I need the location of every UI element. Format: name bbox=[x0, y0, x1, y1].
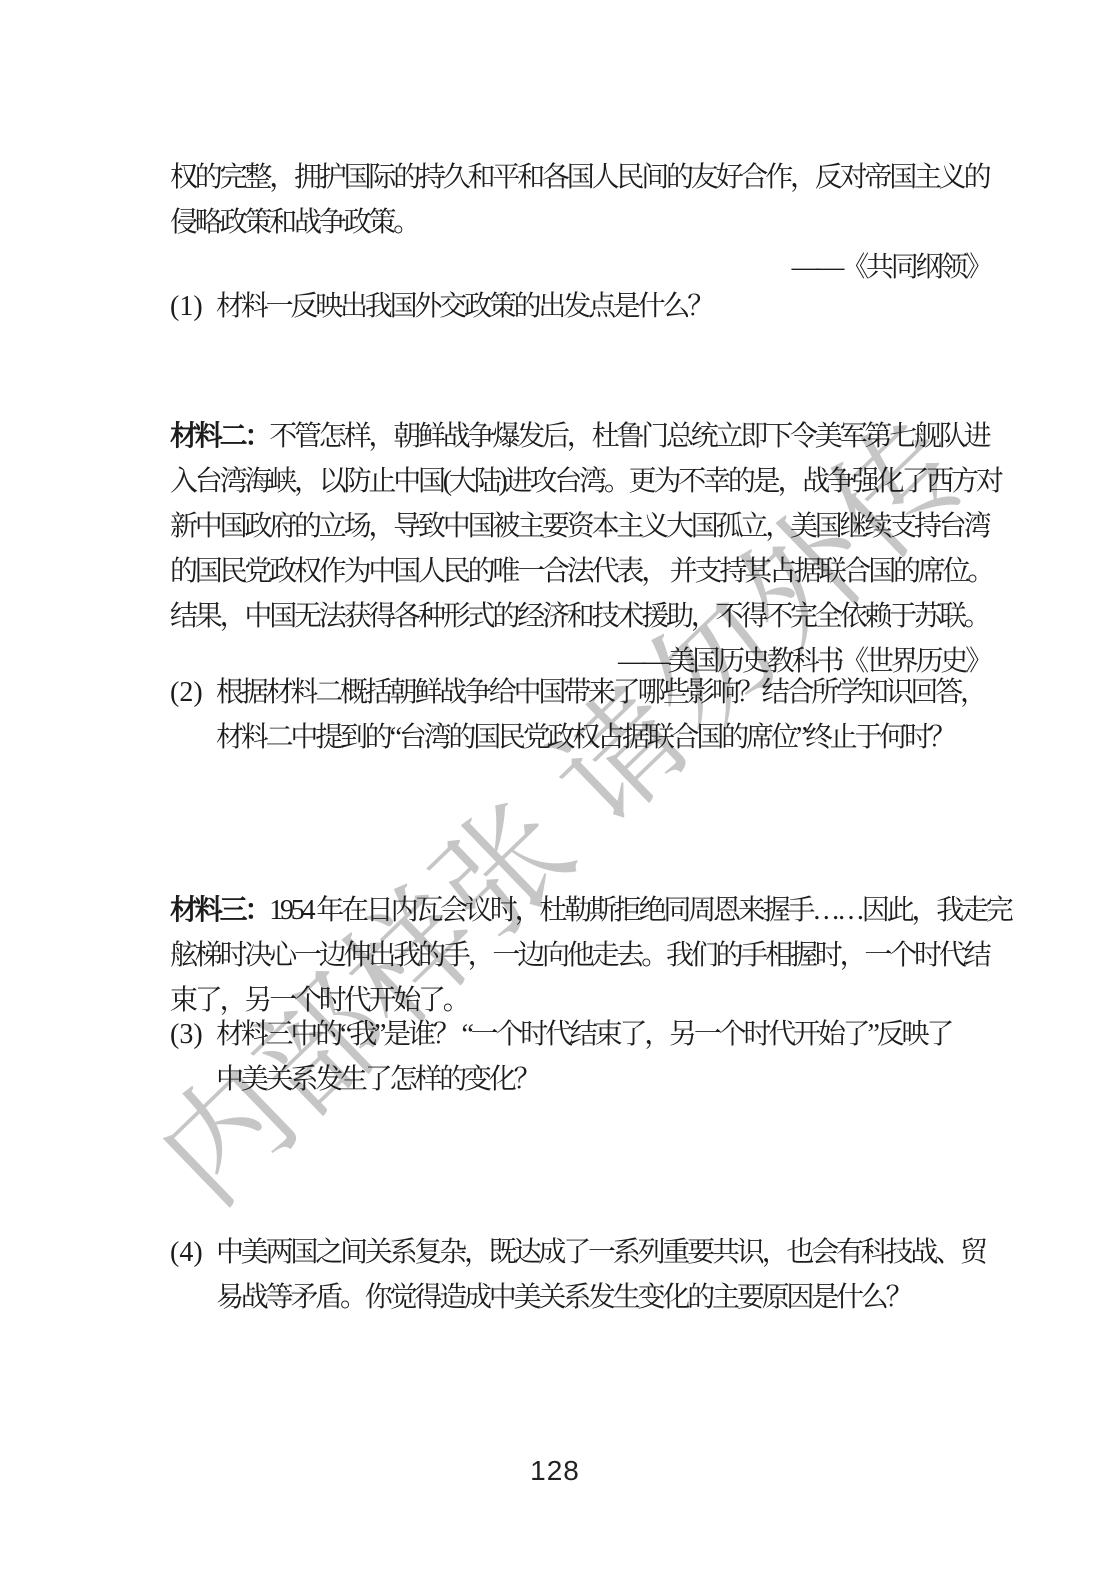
page-number: 128 bbox=[0, 1455, 1110, 1487]
material-2-line: 结果，中国无法获得各种形式的经济和技术援助，不得不完全依赖于苏联。 bbox=[170, 594, 990, 639]
question-2: (2)根据材料二概括朝鲜战争给中国带来了哪些影响？结合所学知识回答， 材料二中提… bbox=[170, 670, 990, 760]
question-3-text: 材料三中的“我”是谁？ “一个时代结束了，另一个时代开始了”反映了 bbox=[216, 1019, 951, 1050]
material-2-label: 材料二： bbox=[170, 420, 269, 451]
workbook-page: 内部样张 请勿外传 权的完整，拥护国际的持久和平和各国人民间的友好合作，反对帝国… bbox=[0, 0, 1110, 1571]
question-3: (3)材料三中的“我”是谁？ “一个时代结束了，另一个时代开始了”反映了 中美关… bbox=[170, 1012, 990, 1102]
question-1: (1)材料一反映出我国外交政策的出发点是什么？ bbox=[170, 284, 990, 329]
material-2-line: 新中国政府的立场，导致中国被主要资本主义大国孤立，美国继续支持台湾 bbox=[170, 504, 990, 549]
material-2-paragraph: 材料二：不管怎样，朝鲜战争爆发后，杜鲁门总统立即下令美军第七舰队进 入台湾海峡，… bbox=[170, 413, 990, 684]
material-1-line: 权的完整，拥护国际的持久和平和各国人民间的友好合作，反对帝国主义的 bbox=[170, 155, 990, 200]
question-4-text: 易战等矛盾。你觉得造成中美关系发生变化的主要原因是什么？ bbox=[170, 1275, 990, 1320]
material-1-paragraph: 权的完整，拥护国际的持久和平和各国人民间的友好合作，反对帝国主义的 侵略政策和战… bbox=[170, 155, 990, 290]
question-4-text: 中美两国之间关系复杂，既达成了一系列重要共识，也会有科技战、贸 bbox=[216, 1237, 985, 1268]
material-2-line: 入台湾海峡，以防止中国(大陆)进攻台湾。更为不幸的是，战争强化了西方对 bbox=[170, 459, 990, 504]
question-3-text: 中美关系发生了怎样的变化？ bbox=[170, 1057, 990, 1102]
material-3-label: 材料三： bbox=[170, 894, 269, 925]
question-2-text: 材料二中提到的“台湾的国民党政权占据联合国的席位”终止于何时？ bbox=[170, 715, 990, 760]
question-4-number: (4) bbox=[170, 1230, 216, 1275]
question-3-number: (3) bbox=[170, 1012, 216, 1057]
question-2-text: 根据材料二概括朝鲜战争给中国带来了哪些影响？结合所学知识回答， bbox=[216, 677, 985, 708]
material-1-line: 侵略政策和战争政策。 bbox=[170, 200, 990, 245]
material-2-line: 的国民党政权作为中国人民的唯一合法代表， 并支持其占据联合国的席位。 bbox=[170, 549, 990, 594]
material-2-line: 不管怎样，朝鲜战争爆发后，杜鲁门总统立即下令美军第七舰队进 bbox=[269, 421, 988, 452]
question-2-number: (2) bbox=[170, 670, 216, 715]
question-1-number: (1) bbox=[170, 284, 216, 329]
question-4: (4)中美两国之间关系复杂，既达成了一系列重要共识，也会有科技战、贸 易战等矛盾… bbox=[170, 1230, 990, 1320]
material-3-paragraph: 材料三：1954 年在日内瓦会议时，杜勒斯拒绝同周恩来握手……因此，我走完 舷梯… bbox=[170, 887, 990, 1023]
material-3-line: 1954 年在日内瓦会议时，杜勒斯拒绝同周恩来握手……因此，我走完 bbox=[269, 895, 1010, 926]
material-3-line: 舷梯时决心一边伸出我的手，一边向他走去。我们的手相握时，一个时代结 bbox=[170, 933, 990, 978]
question-1-text: 材料一反映出我国外交政策的出发点是什么？ bbox=[216, 291, 712, 322]
